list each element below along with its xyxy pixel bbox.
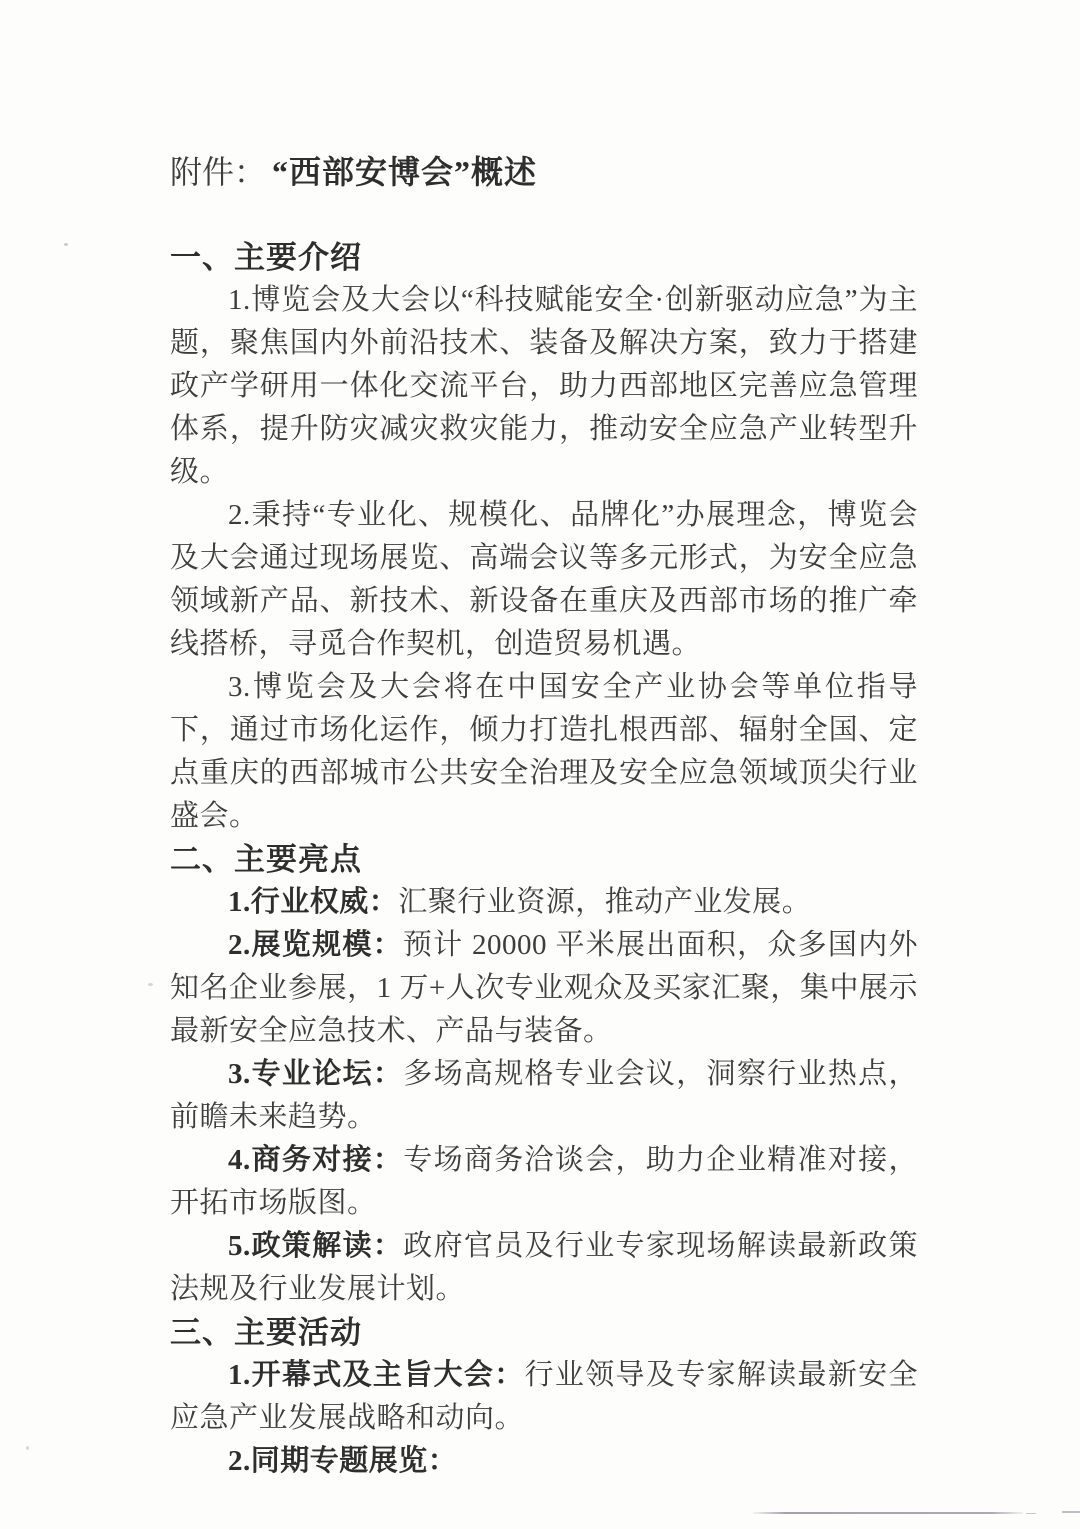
highlight-item-1-text: 汇聚行业资源，推动产业发展。 xyxy=(398,886,811,918)
highlight-item-2-label: 2.展览规模： xyxy=(228,929,403,961)
highlight-item-4-label: 4.商务对接： xyxy=(228,1144,403,1176)
highlight-item-3: 3.专业论坛：多场高规格专业会议，洞察行业热点，前瞻未来趋势。 xyxy=(170,1053,918,1139)
scan-artifact-bottom-line xyxy=(753,1512,1023,1514)
scan-artifact-dash xyxy=(1062,1511,1080,1513)
highlight-item-5: 5.政策解读：政府官员及行业专家现场解读最新政策法规及行业发展计划。 xyxy=(170,1225,918,1311)
highlight-item-1-label: 1.行业权威： xyxy=(228,886,398,918)
scan-artifact-speck xyxy=(64,243,68,246)
scan-artifact-speck xyxy=(148,983,153,986)
highlight-item-4: 4.商务对接：专场商务洽谈会，助力企业精准对接，开拓市场版图。 xyxy=(170,1139,918,1225)
attachment-label: 附件： xyxy=(170,154,266,190)
highlight-item-2: 2.展览规模：预计 20000 平米展出面积，众多国内外知名企业参展，1 万+人… xyxy=(170,924,918,1053)
intro-paragraph-2: 2.秉持“专业化、规模化、品牌化”办展理念，博览会及大会通过现场展览、高端会议等… xyxy=(170,494,918,666)
highlight-item-5-label: 5.政策解读： xyxy=(228,1230,403,1262)
document-content: 附件：“西部安博会”概述 一、主要介绍 1.博览会及大会以“科技赋能安全·创新驱… xyxy=(170,150,918,1483)
page-title: “西部安博会”概述 xyxy=(272,154,537,190)
highlight-item-1: 1.行业权威：汇聚行业资源，推动产业发展。 xyxy=(170,881,918,924)
section-heading-activities: 三、主要活动 xyxy=(170,1311,918,1354)
intro-paragraph-1: 1.博览会及大会以“科技赋能安全·创新驱动应急”为主题，聚焦国内外前沿技术、装备… xyxy=(170,279,918,494)
attachment-title-line: 附件：“西部安博会”概述 xyxy=(170,150,918,194)
intro-paragraph-3: 3.博览会及大会将在中国安全产业协会等单位指导下，通过市场化运作，倾力打造扎根西… xyxy=(170,666,918,838)
section-heading-highlights: 二、主要亮点 xyxy=(170,838,918,881)
scan-artifact-dash xyxy=(1026,1513,1036,1514)
section-heading-intro: 一、主要介绍 xyxy=(170,236,918,279)
activity-item-2-label: 2.同期专题展览： xyxy=(228,1445,457,1477)
activity-item-1: 1.开幕式及主旨大会：行业领导及专家解读最新安全应急产业发展战略和动向。 xyxy=(170,1354,918,1440)
highlight-item-3-label: 3.专业论坛： xyxy=(228,1058,403,1090)
activity-item-1-label: 1.开幕式及主旨大会： xyxy=(228,1359,525,1391)
activity-item-2: 2.同期专题展览： xyxy=(170,1440,918,1483)
scan-artifact-speck xyxy=(26,1446,29,1450)
scanned-document-page: 附件：“西部安博会”概述 一、主要介绍 1.博览会及大会以“科技赋能安全·创新驱… xyxy=(0,0,1080,1529)
